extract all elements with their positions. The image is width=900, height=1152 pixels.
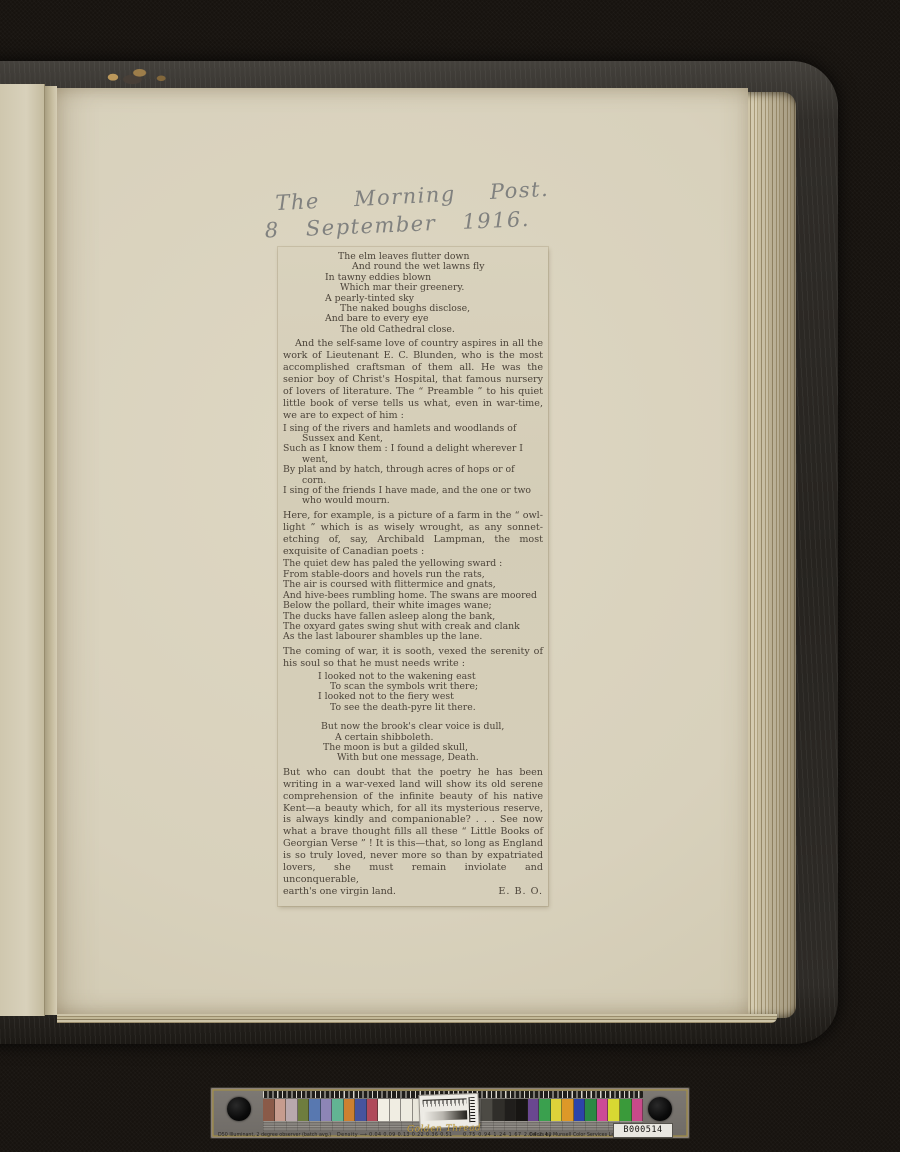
gray-wedge-icon bbox=[423, 1110, 467, 1121]
paragraph-coming-of-war: The coming of war, it is sooth, vexed th… bbox=[283, 646, 543, 670]
color-patch bbox=[574, 1099, 586, 1121]
farm-poem: The quiet dew has paled the yellowing sw… bbox=[283, 559, 543, 642]
color-patch bbox=[597, 1099, 609, 1121]
closing-line: earth's one virgin land. E. B. O. bbox=[283, 886, 543, 898]
mini-ruler-icon bbox=[423, 1098, 467, 1107]
color-patch bbox=[263, 1099, 275, 1121]
color-patch bbox=[321, 1099, 333, 1121]
left-page-edge bbox=[0, 84, 45, 1016]
cover-damage-spot bbox=[100, 64, 172, 86]
war-verse-2: But now the brook's clear voice is dull,… bbox=[283, 722, 543, 764]
text-line: With but one message, Death. bbox=[337, 753, 543, 763]
color-patch bbox=[562, 1099, 574, 1121]
color-patch bbox=[390, 1099, 402, 1121]
color-patch bbox=[332, 1099, 344, 1121]
serial-number-label: B000514 bbox=[613, 1123, 673, 1138]
color-patch bbox=[344, 1099, 356, 1121]
color-patch bbox=[632, 1099, 644, 1121]
color-patch bbox=[528, 1099, 540, 1121]
color-patch bbox=[516, 1099, 528, 1121]
color-patch bbox=[298, 1099, 310, 1121]
color-patch bbox=[309, 1099, 321, 1121]
color-patch bbox=[493, 1099, 505, 1121]
paragraph-blunden: And the self-same love of country aspire… bbox=[283, 338, 543, 421]
archival-photograph: The Morning Post. 8 September 1916. The … bbox=[0, 0, 900, 1152]
color-patch bbox=[539, 1099, 551, 1121]
color-patch bbox=[620, 1099, 632, 1121]
text-line: But now the brook's clear voice is dull, bbox=[321, 722, 543, 732]
paragraph-owl-light: Here, for example, is a picture of a far… bbox=[283, 510, 543, 558]
text-line: Below the pollard, their white images wa… bbox=[283, 601, 543, 611]
closing-line-text: earth's one virgin land. bbox=[283, 886, 396, 898]
mini-scale-icon bbox=[469, 1097, 476, 1122]
text-line: As the last labourer shambles up the lan… bbox=[283, 632, 543, 642]
munsell-credit: Colors by Munsell Color Services Lab bbox=[529, 1133, 617, 1138]
fiducial-circle-left bbox=[227, 1097, 251, 1121]
color-patch bbox=[482, 1099, 494, 1121]
color-calibration-target: D50 Illuminant, 2 degree observer (batch… bbox=[210, 1087, 690, 1139]
page-bottom-edges bbox=[57, 1014, 777, 1023]
fiducial-circle-right bbox=[648, 1097, 672, 1121]
color-patch bbox=[367, 1099, 379, 1121]
color-patch bbox=[355, 1099, 367, 1121]
illuminant-note: D50 Illuminant, 2 degree observer (batch… bbox=[218, 1133, 331, 1138]
color-patch bbox=[551, 1099, 563, 1121]
color-patch bbox=[275, 1099, 287, 1121]
gutter-shadow bbox=[45, 86, 57, 1015]
golden-thread-brand: Golden Thread bbox=[407, 1123, 481, 1134]
text-line: The old Cathedral close. bbox=[340, 325, 543, 335]
newspaper-clipping: The elm leaves flutter downAnd round the… bbox=[278, 247, 548, 906]
text-line: To see the death-pyre lit there. bbox=[330, 703, 543, 713]
war-verse-1: I looked not to the wakening eastTo scan… bbox=[283, 672, 543, 714]
color-patch bbox=[378, 1099, 390, 1121]
color-patch bbox=[608, 1099, 620, 1121]
opening-poem: The elm leaves flutter downAnd round the… bbox=[283, 252, 543, 335]
color-patch bbox=[585, 1099, 597, 1121]
preamble-verse: I sing of the rivers and hamlets and woo… bbox=[283, 424, 543, 507]
closing-paragraph: But who can doubt that the poetry he has… bbox=[283, 767, 543, 886]
color-patch bbox=[505, 1099, 517, 1121]
author-initials: E. B. O. bbox=[498, 886, 543, 898]
color-patch bbox=[401, 1099, 413, 1121]
text-line: who would mourn. bbox=[302, 496, 543, 506]
color-patch bbox=[286, 1099, 298, 1121]
